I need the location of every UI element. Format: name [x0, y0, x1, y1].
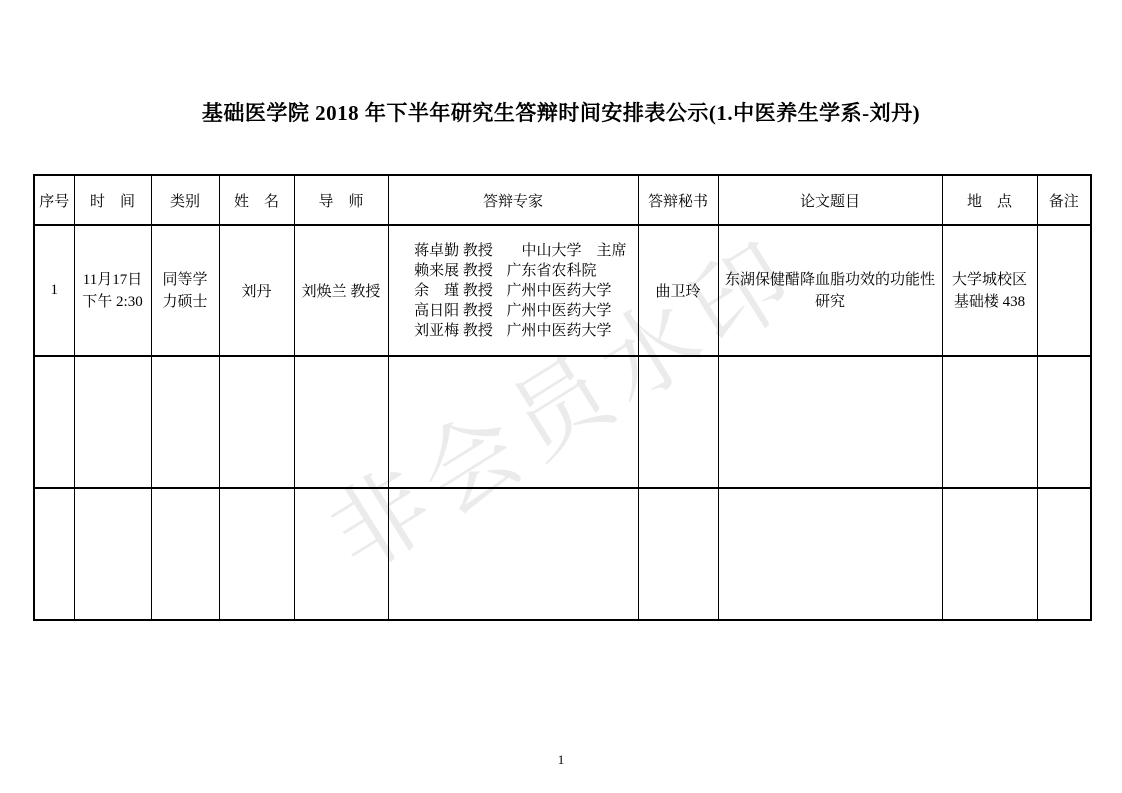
cell-category: 同等学 力硕士	[151, 225, 219, 356]
location-line1: 大学城校区	[943, 269, 1037, 291]
cell-location: 大学城校区 基础楼 438	[942, 225, 1037, 356]
expert-row: 蒋卓勤 教授 中山大学 主席	[389, 241, 638, 261]
cell-thesis: 东湖保健醋降血脂功效的功能性 研究	[718, 225, 942, 356]
empty-cell	[718, 356, 942, 488]
empty-table-row	[34, 488, 1091, 620]
category-line2: 力硕士	[152, 291, 219, 313]
empty-cell	[942, 356, 1037, 488]
expert-org: 中山大学	[507, 241, 597, 261]
document-page: 非会员水印 基础医学院 2018 年下半年研究生答辩时间安排表公示(1.中医养生…	[0, 0, 1122, 793]
col-header-experts: 答辩专家	[388, 175, 638, 225]
defense-schedule-table: 序号 时 间 类别 姓 名 导 师 答辩专家 答辩秘书 论文题目 地 点 备注 …	[33, 174, 1092, 621]
empty-cell	[294, 488, 388, 620]
expert-row: 高日阳 教授 广州中医药大学	[389, 301, 638, 321]
table-row: 1 11月17日 下午 2:30 同等学 力硕士 刘丹 刘焕兰 教授 蒋卓勤 教…	[34, 225, 1091, 356]
col-header-category: 类别	[151, 175, 219, 225]
empty-cell	[151, 488, 219, 620]
empty-cell	[638, 356, 718, 488]
col-header-location: 地 点	[942, 175, 1037, 225]
cell-seq: 1	[34, 225, 74, 356]
expert-org: 广州中医药大学	[507, 321, 597, 341]
expert-row: 刘亚梅 教授 广州中医药大学	[389, 321, 638, 341]
expert-row: 赖来展 教授 广东省农科院	[389, 261, 638, 281]
time-line2: 下午 2:30	[75, 291, 151, 313]
empty-cell	[638, 488, 718, 620]
empty-cell	[34, 488, 74, 620]
expert-name: 余 瑾 教授	[401, 281, 507, 301]
empty-table-row	[34, 356, 1091, 488]
page-number: 1	[0, 752, 1122, 768]
col-header-name: 姓 名	[219, 175, 294, 225]
thesis-line1: 东湖保健醋降血脂功效的功能性	[719, 269, 942, 291]
col-header-thesis: 论文题目	[718, 175, 942, 225]
empty-cell	[294, 356, 388, 488]
expert-org: 广州中医药大学	[507, 301, 597, 321]
category-line1: 同等学	[152, 269, 219, 291]
empty-cell	[388, 488, 638, 620]
empty-cell	[942, 488, 1037, 620]
empty-cell	[219, 488, 294, 620]
expert-name: 刘亚梅 教授	[401, 321, 507, 341]
cell-remark	[1037, 225, 1091, 356]
col-header-time: 时 间	[74, 175, 151, 225]
col-header-seq: 序号	[34, 175, 74, 225]
col-header-remark: 备注	[1037, 175, 1091, 225]
empty-cell	[1037, 356, 1091, 488]
cell-time: 11月17日 下午 2:30	[74, 225, 151, 356]
expert-row: 余 瑾 教授 广州中医药大学	[389, 281, 638, 301]
col-header-secretary: 答辩秘书	[638, 175, 718, 225]
empty-cell	[151, 356, 219, 488]
location-line2: 基础楼 438	[943, 291, 1037, 313]
empty-cell	[388, 356, 638, 488]
expert-name: 高日阳 教授	[401, 301, 507, 321]
expert-org: 广州中医药大学	[507, 281, 597, 301]
expert-org: 广东省农科院	[507, 261, 597, 281]
page-title: 基础医学院 2018 年下半年研究生答辩时间安排表公示(1.中医养生学系-刘丹)	[0, 97, 1122, 127]
col-header-advisor: 导 师	[294, 175, 388, 225]
cell-secretary: 曲卫玲	[638, 225, 718, 356]
header-row: 序号 时 间 类别 姓 名 导 师 答辩专家 答辩秘书 论文题目 地 点 备注	[34, 175, 1091, 225]
empty-cell	[34, 356, 74, 488]
empty-cell	[74, 356, 151, 488]
cell-experts: 蒋卓勤 教授 中山大学 主席 赖来展 教授 广东省农科院 余 瑾 教授 广州中医…	[388, 225, 638, 356]
cell-student-name: 刘丹	[219, 225, 294, 356]
empty-cell	[718, 488, 942, 620]
thesis-line2: 研究	[719, 291, 942, 313]
empty-cell	[74, 488, 151, 620]
expert-role: 主席	[597, 241, 627, 261]
cell-advisor: 刘焕兰 教授	[294, 225, 388, 356]
empty-cell	[219, 356, 294, 488]
expert-name: 赖来展 教授	[401, 261, 507, 281]
empty-cell	[1037, 488, 1091, 620]
expert-name: 蒋卓勤 教授	[401, 241, 507, 261]
time-line1: 11月17日	[75, 269, 151, 291]
